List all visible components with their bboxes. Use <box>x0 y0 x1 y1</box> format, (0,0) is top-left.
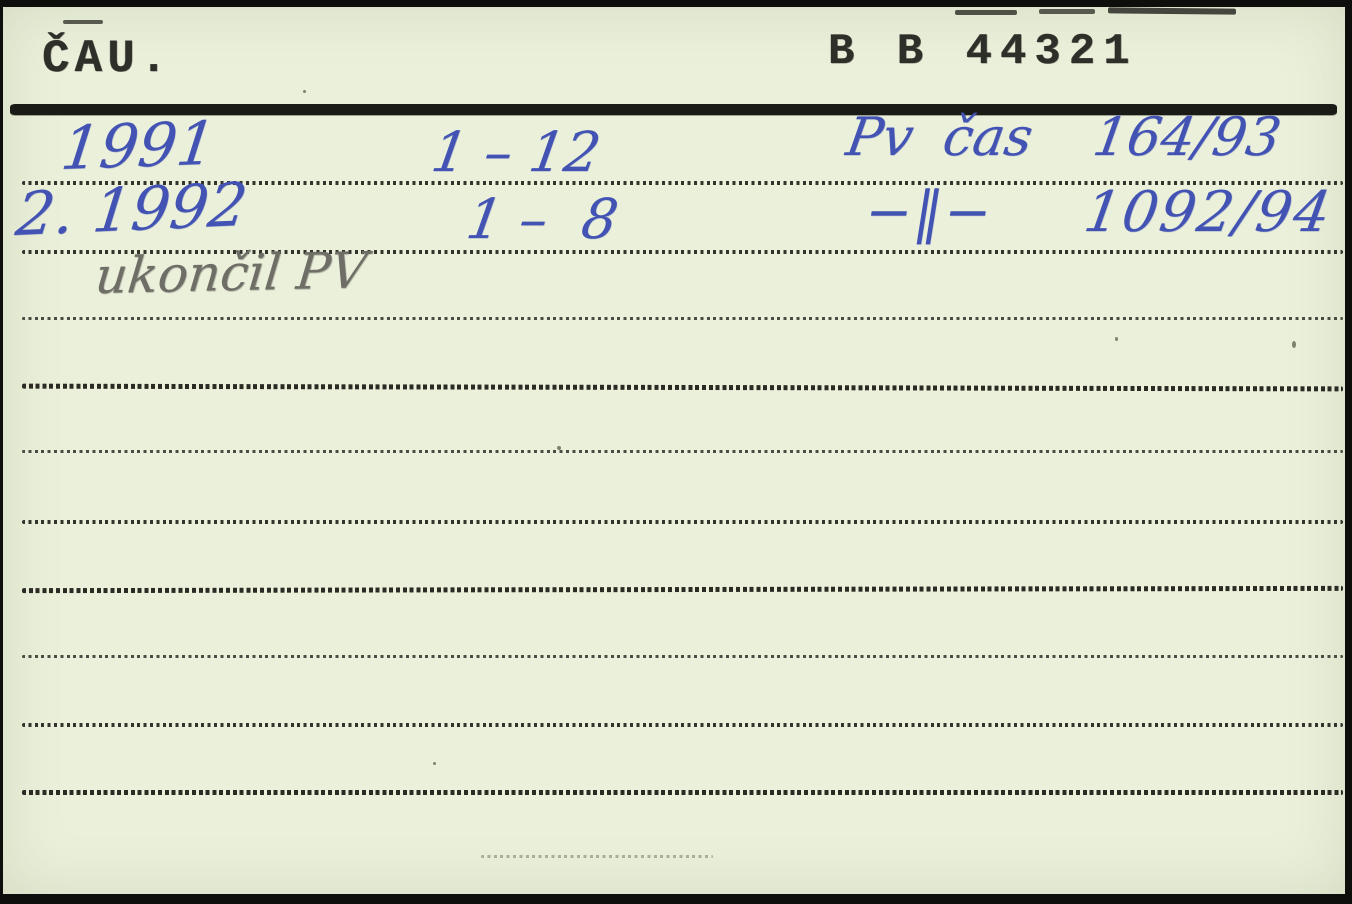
card-paper: ČAU. B B 44321 1991 1 – 12 Pv čas 164/93… <box>3 7 1346 894</box>
entry-acquisition-1: Pv čas 164/93 <box>843 111 1284 164</box>
speckle <box>1292 341 1296 348</box>
scanned-catalog-card: ČAU. B B 44321 1991 1 – 12 Pv čas 164/93… <box>0 0 1352 904</box>
smudge-mark <box>1039 9 1095 14</box>
speckle <box>433 762 436 765</box>
card-title: ČAU. <box>42 33 172 85</box>
scan-edge-right <box>1345 0 1352 904</box>
entry-acquisition-2: −‖− 1092/94 <box>861 185 1336 241</box>
speckle <box>303 90 306 93</box>
ruled-line <box>22 723 1343 727</box>
smudge-mark <box>1108 7 1236 14</box>
ruled-line <box>22 317 1343 320</box>
scan-edge-bottom <box>0 894 1352 904</box>
speckle <box>557 446 561 450</box>
ruled-line-faint <box>481 855 713 858</box>
smudge-mark <box>63 20 103 24</box>
entry-issues-2: 1 – 8 <box>463 192 622 247</box>
smudge-mark <box>955 10 1017 15</box>
ruled-line <box>22 450 1343 453</box>
scan-edge-top <box>0 0 1352 7</box>
entry-year-1: 1991 <box>58 114 219 179</box>
ruled-line <box>22 520 1343 524</box>
entry-issues-1: 1 – 12 <box>428 125 604 180</box>
call-number: B B 44321 <box>828 27 1138 77</box>
pencil-note: ukončil PV <box>93 245 369 301</box>
ruled-line <box>22 655 1343 658</box>
speckle <box>1115 337 1118 341</box>
ruled-line <box>22 790 1343 795</box>
entry-year-2: 2. 1992 <box>13 175 250 245</box>
ruled-line <box>22 586 1343 593</box>
ruled-line <box>22 384 1343 392</box>
scan-edge-left <box>0 0 3 904</box>
